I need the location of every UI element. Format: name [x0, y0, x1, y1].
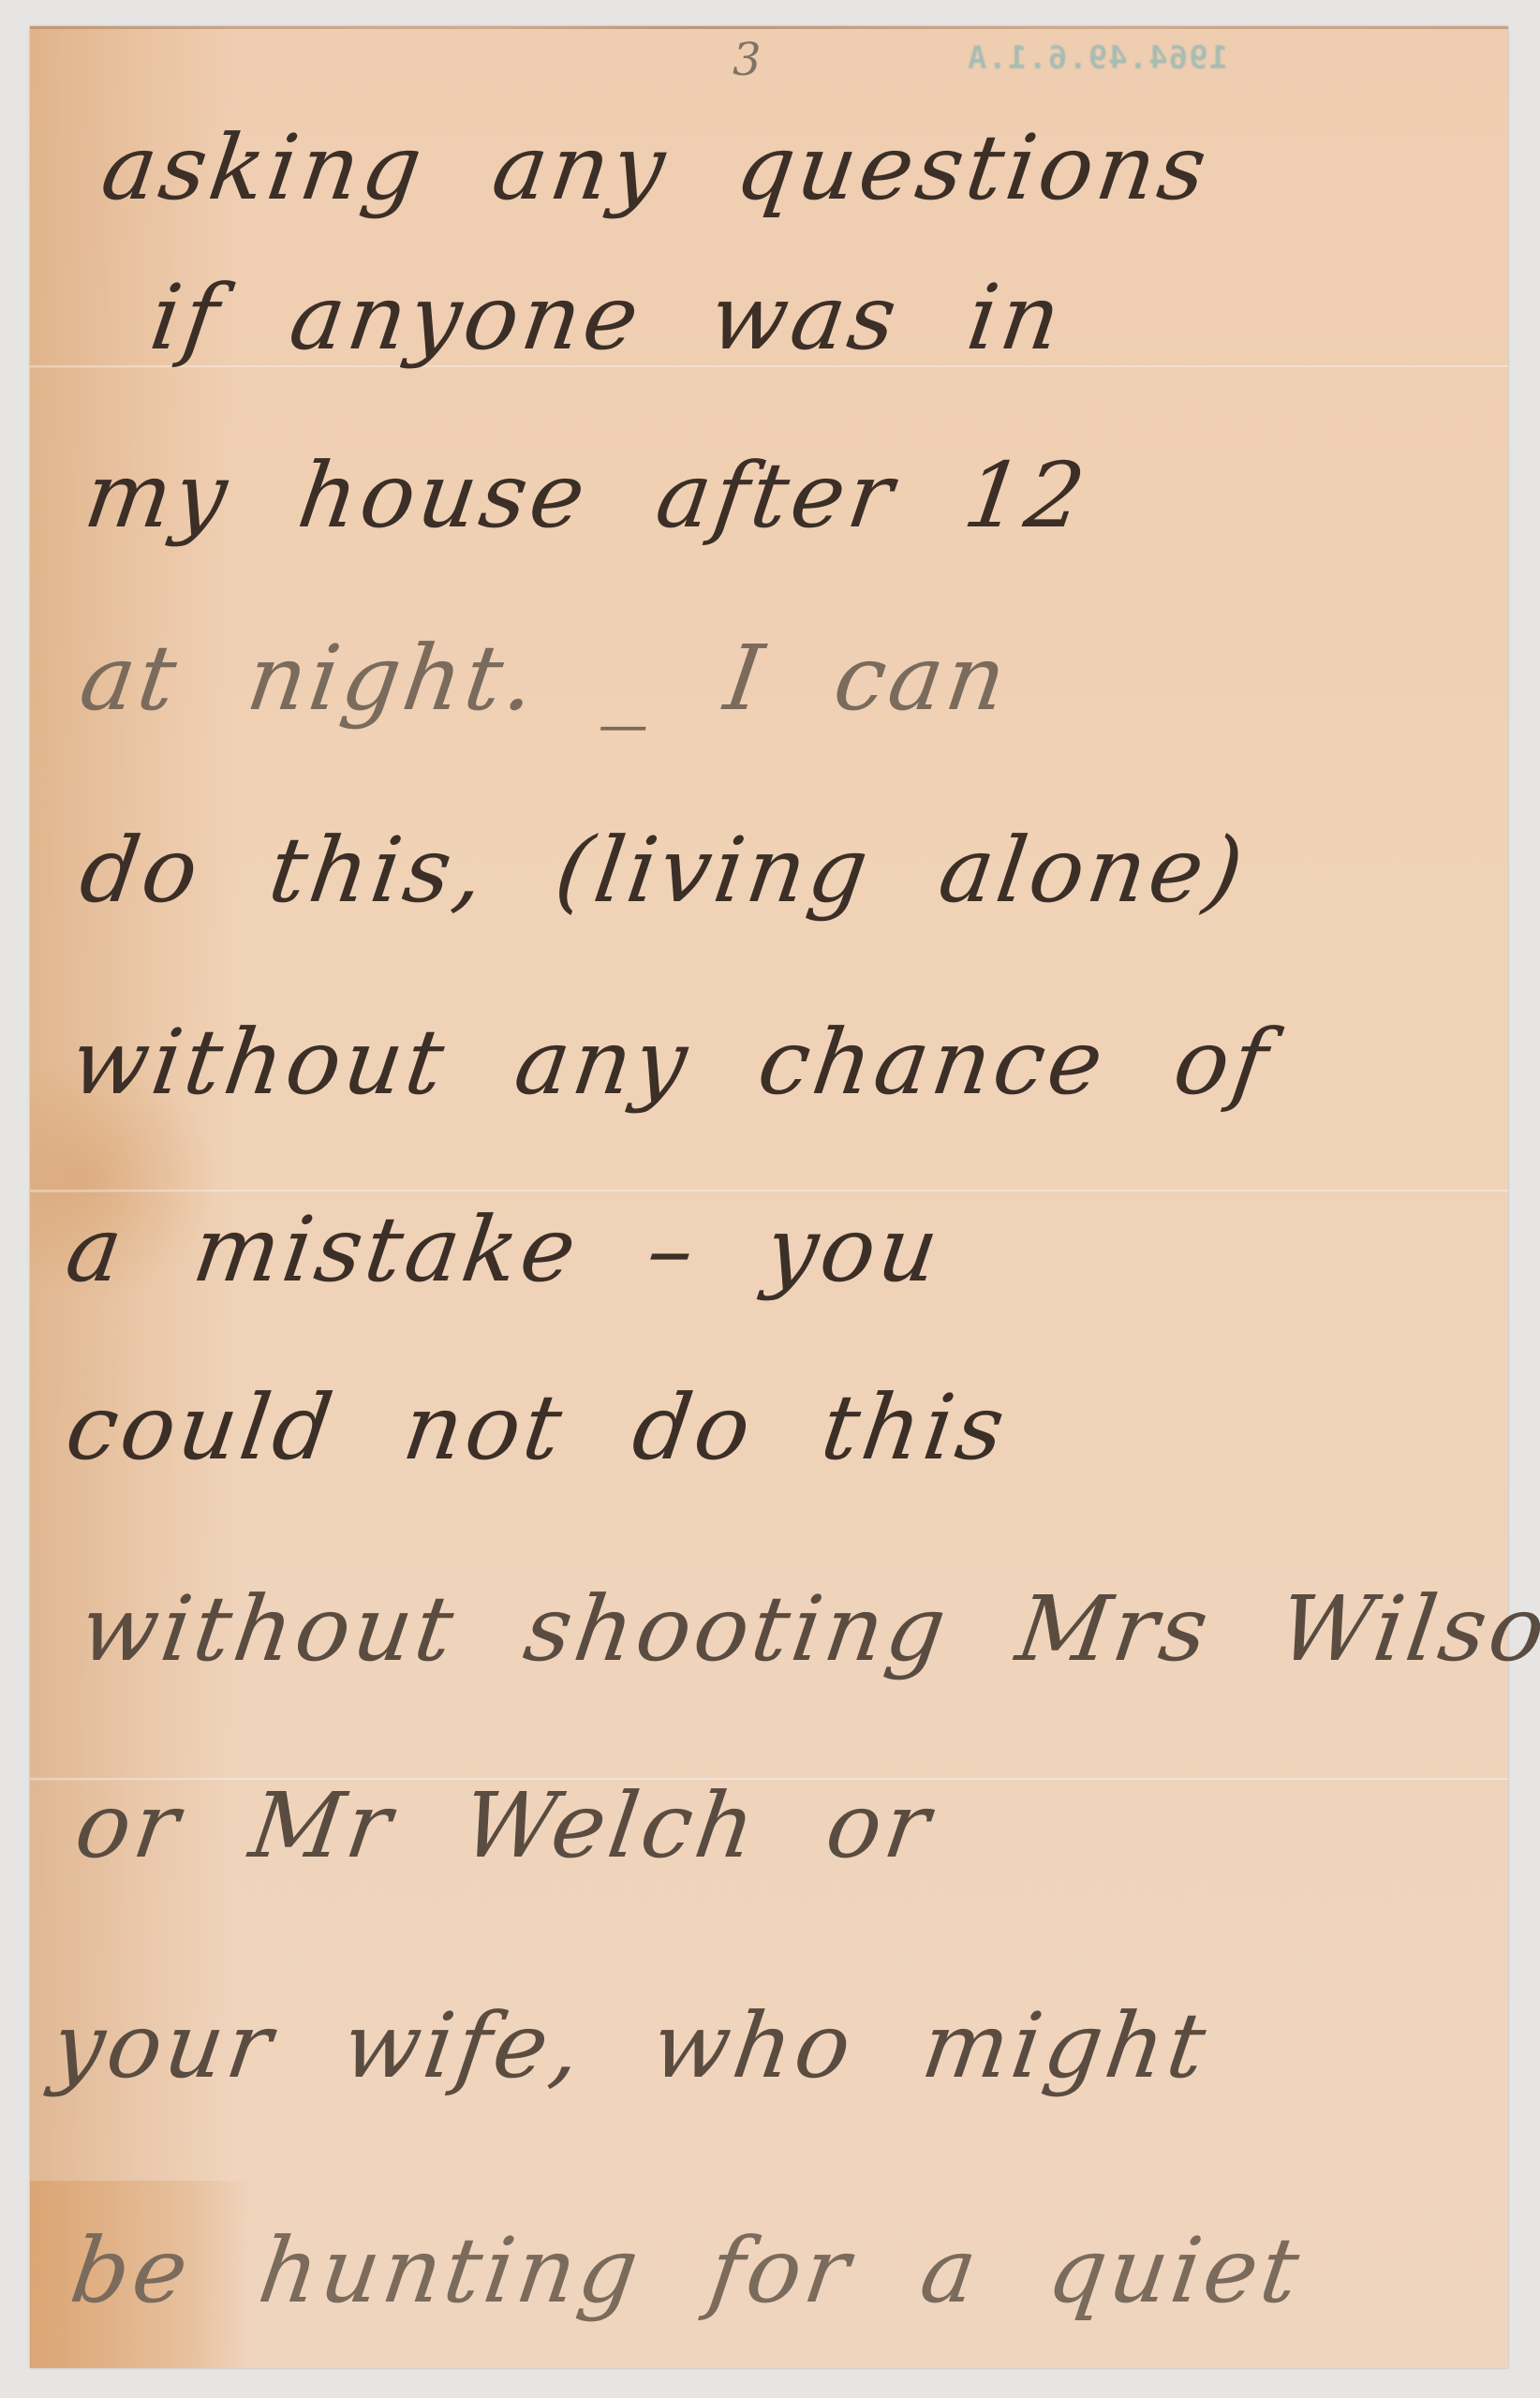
accession-stamp: 1964.49.6.1.A	[967, 39, 1228, 77]
handwritten-line: my house after 12	[79, 443, 1094, 548]
letter-page: 3 1964.49.6.1.A asking any questions if …	[30, 26, 1508, 2368]
page-number: 3	[733, 34, 762, 86]
paper-top-edge	[30, 26, 1508, 29]
handwritten-line: asking any questions	[96, 115, 1216, 220]
handwritten-line: be hunting for a quiet	[65, 2218, 1309, 2323]
handwritten-line: a mistake – you	[60, 1197, 948, 1302]
handwritten-line: do this, (living alone)	[74, 818, 1252, 923]
fold-line	[30, 1190, 1508, 1192]
handwritten-line: if anyone was in	[144, 265, 1070, 370]
handwritten-line: or Mr Welch or	[69, 1773, 940, 1878]
handwritten-line: without shooting Mrs Wilson	[74, 1576, 1540, 1681]
handwritten-line: at night. _ I can	[74, 626, 1015, 731]
handwritten-line: could not do this	[60, 1375, 1014, 1480]
handwritten-line: your wife, who might	[46, 1993, 1215, 2098]
handwritten-line: without any chance of	[65, 1010, 1278, 1115]
